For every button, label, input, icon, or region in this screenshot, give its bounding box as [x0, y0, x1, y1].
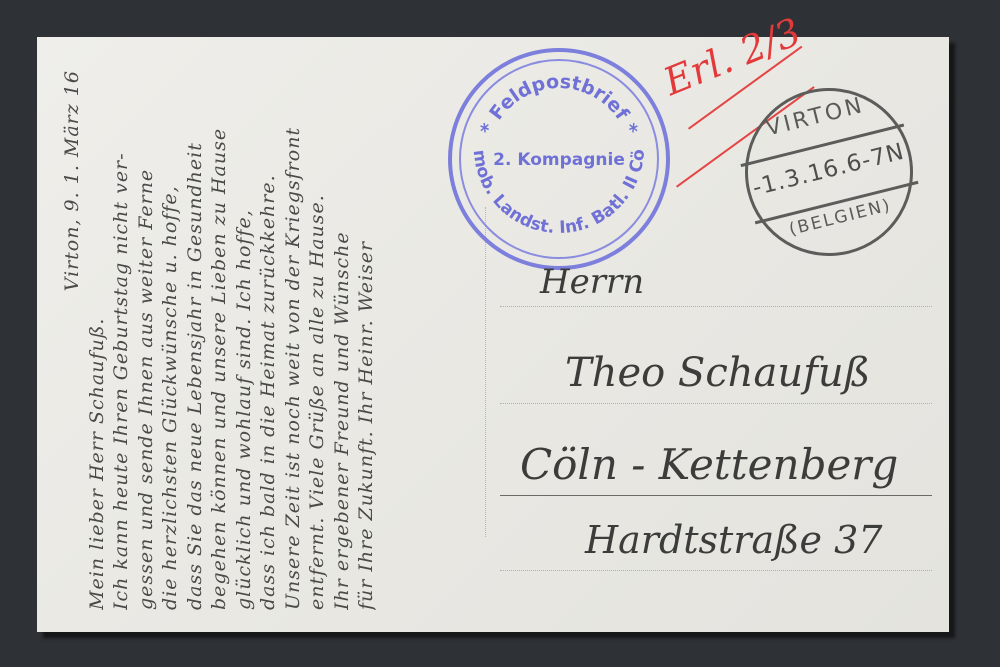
- message-date: Virton, 9. 1. März 16: [60, 50, 85, 610]
- message-area: Virton, 9. 1. März 16 Mein lieber Herr S…: [40, 40, 470, 630]
- address-street: Hardtstraße 37: [585, 518, 882, 562]
- message-line: Ihr ergebener Freund und Wünsche: [330, 50, 355, 610]
- message-line: die herzlichsten Glückwünsche u. hoffe,: [158, 50, 183, 610]
- address-rule: [500, 495, 932, 496]
- cachet-center-text: 2. Kompagnie: [452, 150, 666, 170]
- cachet-top-text: * Feldpostbrief *: [476, 71, 642, 138]
- message-line: dass ich bald in die Heimat zurückkehre.: [256, 50, 281, 610]
- handwritten-message: Virton, 9. 1. März 16 Mein lieber Herr S…: [60, 50, 480, 610]
- address-name: Theo Schaufuß: [565, 350, 870, 396]
- message-line: entfernt. Viele Grüße an alle zu Hause.: [305, 50, 330, 610]
- address-rule: [500, 306, 932, 307]
- message-line: begehen können und unsere Lieben zu Haus…: [207, 50, 232, 610]
- address-salutation: Herrn: [540, 262, 644, 302]
- message-line: gessen und sende Ihnen aus weiter Ferne: [134, 50, 159, 610]
- message-line: für Ihre Zukunft. Ihr Heinr. Weiser: [354, 50, 379, 610]
- address-rule: [500, 403, 932, 404]
- address-rule: [500, 570, 932, 571]
- svg-text:* Feldpostbrief *: * Feldpostbrief *: [476, 71, 642, 138]
- message-line: dass Sie das neue Lebensjahr in Gesundhe…: [183, 50, 208, 610]
- message-line: Ich kann heute Ihren Geburtstag nicht ve…: [109, 50, 134, 610]
- message-line: Mein lieber Herr Schaufuß.: [85, 50, 110, 610]
- message-line: glücklich und wohlauf sind. Ich hoffe,: [232, 50, 257, 610]
- address-city: Cöln - Kettenberg: [520, 440, 898, 489]
- feldpost-cachet: * Feldpostbrief * I. mob. Landst. Inf. B…: [448, 48, 670, 270]
- message-line: Unsere Zeit ist noch weit von der Kriegs…: [281, 50, 306, 610]
